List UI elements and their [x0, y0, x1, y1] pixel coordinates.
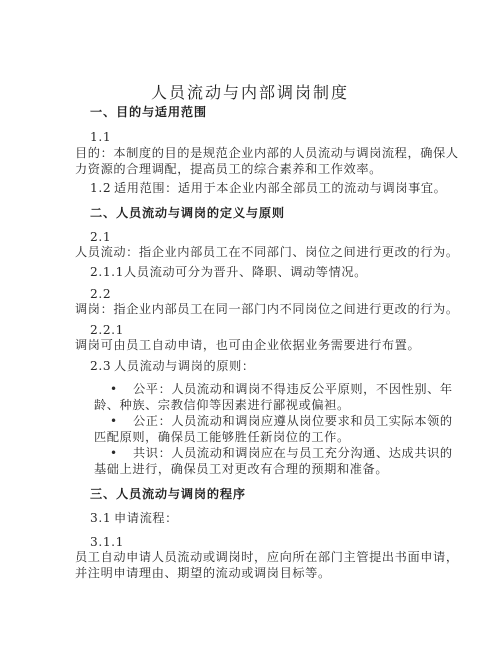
item-text-2-3: 人员流动与调岗的原则： — [114, 358, 255, 374]
item-label-3-1: 3.1 — [90, 510, 111, 526]
bullet-dot-3: • — [110, 446, 117, 460]
section-heading-1: 一、目的与适用范围 — [90, 104, 207, 120]
item-text-1-2: 适用范围：适用于本企业内部全部员工的流动与调岗事宜。 — [114, 180, 446, 196]
item-label-2-1: 2.1 — [90, 229, 111, 245]
item-text-3-1-1-line2: 并注明申请理由、期望的流动或调岗目标等。 — [75, 565, 331, 581]
item-label-1-2: 1.2 — [90, 180, 111, 196]
item-text-2-1-1: 人员流动可分为晋升、降职、调动等情况。 — [124, 264, 367, 280]
bullet-2-line1: 公正：人员流动和调岗应遵从岗位要求和员工实际本领的 — [133, 413, 453, 429]
item-text-1-1-line1: 目的：本制度的目的是规范企业内部的人员流动与调岗流程，确保人 — [75, 145, 459, 161]
item-label-1-1: 1.1 — [90, 129, 111, 145]
item-text-1-1-line2: 力资源的合理调配，提高员工的综合素养和工作效率。 — [75, 161, 382, 177]
bullet-1-line2: 龄、种族、宗教信仰等因素进行鄙视或偏袒。 — [94, 397, 350, 413]
document-page: 人员流动与内部调岗制度 一、目的与适用范围 1.1 目的：本制度的目的是规范企业… — [0, 0, 500, 647]
bullet-3-line2: 基础上进行，确保员工对更改有合理的预期和准备。 — [94, 461, 388, 477]
item-text-3-1: 申请流程： — [114, 510, 178, 526]
bullet-1-line1: 公平：人员流动和调岗不得违反公平原则，不因性别、年 — [133, 381, 453, 397]
bullet-3-line1: 共识：人员流动和调岗应在与员工充分沟通、达成共识的 — [133, 445, 453, 461]
bullet-2-line2: 匹配原则，确保员工能够胜任新岗位的工作。 — [94, 429, 350, 445]
document-title: 人员流动与内部调岗制度 — [0, 80, 500, 103]
item-label-2-1-1: 2.1.1 — [90, 264, 124, 280]
item-label-2-2: 2.2 — [90, 286, 111, 302]
section-heading-2: 二、人员流动与调岗的定义与原则 — [90, 205, 285, 221]
bullet-dot-1: • — [110, 382, 117, 396]
item-label-3-1-1: 3.1.1 — [90, 534, 124, 550]
item-label-2-3: 2.3 — [90, 358, 111, 374]
bullet-dot-2: • — [110, 414, 117, 428]
item-text-2-2: 调岗：指企业内部员工在同一部门内不同岗位之间进行更改的行为。 — [75, 301, 459, 317]
section-heading-3: 三、人员流动与调岗的程序 — [90, 486, 246, 502]
item-label-2-2-1: 2.2.1 — [90, 322, 124, 338]
item-text-2-1: 人员流动：指企业内部员工在不同部门、岗位之间进行更改的行为。 — [75, 244, 459, 260]
item-text-2-2-1: 调岗可由员工自动申请，也可由企业依据业务需要进行布置。 — [75, 337, 420, 353]
item-text-3-1-1-line1: 员工自动申请人员流动或调岗时，应向所在部门主管提出书面申请， — [75, 549, 459, 565]
